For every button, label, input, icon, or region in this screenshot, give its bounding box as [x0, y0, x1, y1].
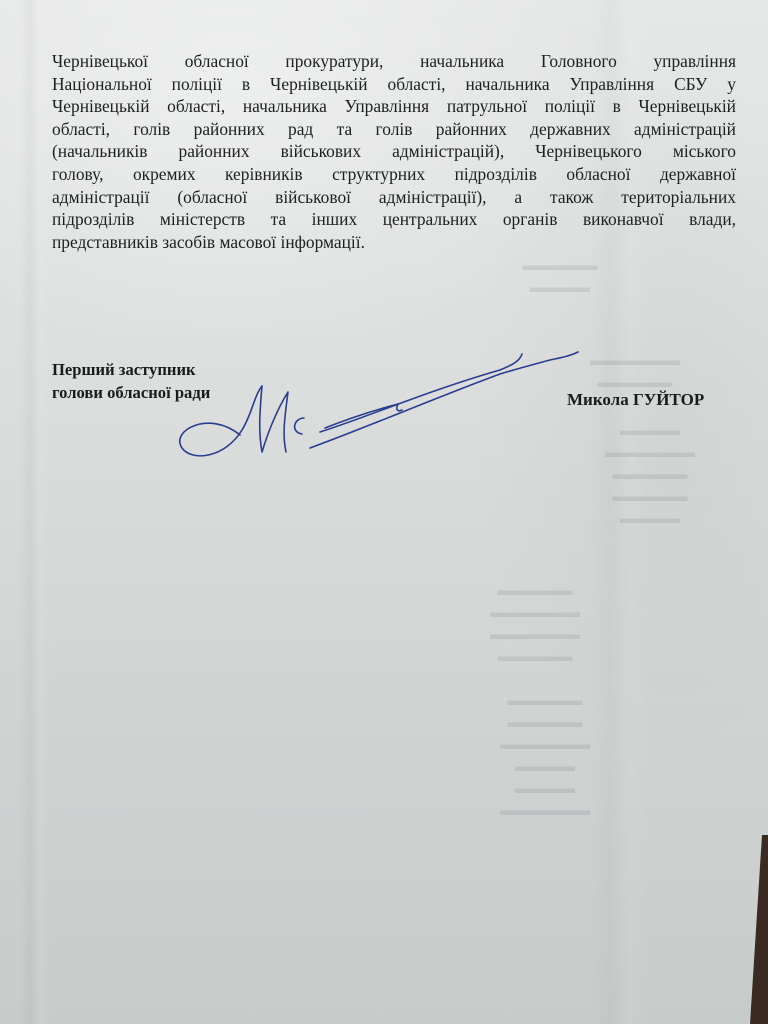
paragraph-line: Національної поліції в Чернівецькій обла… [52, 73, 736, 96]
paragraph-line: адміністрації (обласної військової адмін… [52, 186, 736, 209]
bleed-through-texture: ▬▬▬▬▬▬▬▬▬▬▬▬▬▬▬▬▬▬▬▬▬▬ [470, 580, 600, 668]
paragraph-line: представників засобів масової інформації… [52, 231, 736, 254]
paragraph-line: Чернівецькій області, начальника Управлі… [52, 95, 736, 118]
bleed-through-texture: ▬▬▬▬▬▬▬▬▬ [500, 255, 620, 299]
signer-name: Микола ГУЙТОР [567, 389, 704, 411]
paper-crease [20, 0, 50, 1024]
body-paragraph: Чернівецької обласної прокуратури, начал… [52, 50, 736, 253]
bleed-through-texture: ▬▬▬▬▬▬▬▬▬▬▬▬▬▬▬▬▬▬▬▬▬▬▬▬ [590, 420, 710, 530]
bleed-through-texture: ▬▬▬▬▬▬▬▬▬▬▬▬▬▬▬▬▬▬▬▬▬▬▬▬▬▬▬▬▬▬ [480, 690, 610, 822]
paragraph-line: голову, окремих керівників структурних п… [52, 163, 736, 186]
paragraph-line: області, голів районних рад та голів рай… [52, 118, 736, 141]
paragraph-line: (начальників районних військових адмініс… [52, 140, 736, 163]
paragraph-line: підрозділів міністерств та інших централ… [52, 208, 736, 231]
handwritten-signature [170, 330, 590, 470]
paragraph-line: Чернівецької обласної прокуратури, начал… [52, 50, 736, 73]
